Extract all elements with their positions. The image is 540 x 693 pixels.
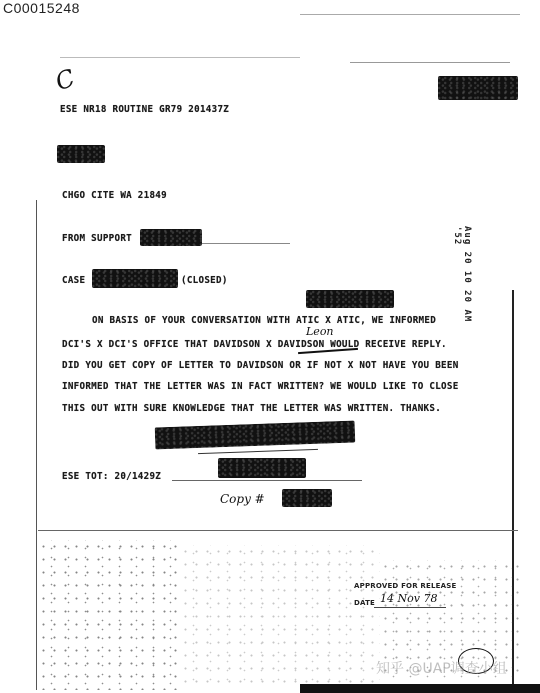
handwritten-initial: C bbox=[52, 64, 79, 97]
approved-date-dotted-line bbox=[374, 607, 446, 608]
footer-underline bbox=[172, 480, 362, 481]
approved-date-label: DATE bbox=[354, 599, 375, 607]
top-rule-3 bbox=[350, 62, 510, 63]
approved-for-release-label: APPROVED FOR RELEASE bbox=[354, 582, 457, 590]
from-underline bbox=[202, 243, 290, 244]
case-status: (CLOSED) bbox=[181, 275, 228, 287]
top-rule-2 bbox=[300, 14, 520, 15]
approved-date-value: 14 Nov 78 bbox=[380, 592, 437, 605]
redaction-from bbox=[140, 229, 202, 246]
redaction-addressee bbox=[57, 145, 105, 163]
handwritten-copy-note: Copy # bbox=[220, 492, 265, 506]
body-line-5: THIS OUT WITH SURE KNOWLEDGE THAT THE LE… bbox=[62, 403, 441, 415]
scan-noise-middle bbox=[180, 545, 380, 685]
address-line: CHGO CITE WA 21849 bbox=[62, 190, 167, 202]
top-rule-1 bbox=[60, 57, 300, 58]
redaction-top-right bbox=[438, 76, 518, 100]
separator-line bbox=[38, 530, 518, 531]
from-line: FROM SUPPORT bbox=[62, 233, 132, 245]
body-line-1: ON BASIS OF YOUR CONVERSATION WITH ATIC … bbox=[92, 315, 436, 327]
redaction-body-bottom bbox=[155, 421, 356, 450]
received-date-stamp: Aug 20 10 20 AM '52 bbox=[452, 226, 472, 326]
footer-line: ESE TOT: 20/1429Z bbox=[62, 471, 161, 483]
redaction-copy-number bbox=[282, 489, 332, 507]
handwritten-annotation: Leon bbox=[306, 325, 334, 338]
body-line-2: DCI'S X DCI'S OFFICE THAT DAVIDSON X DAV… bbox=[62, 339, 447, 351]
bottom-edge-bar bbox=[300, 684, 540, 693]
body-line-3: DID YOU GET COPY OF LETTER TO DAVIDSON O… bbox=[62, 360, 459, 372]
redaction-body-top bbox=[306, 290, 394, 308]
left-border-line bbox=[36, 200, 37, 690]
watermark: 知乎 @UAP调查小组 bbox=[376, 658, 507, 678]
body-line-4: INFORMED THAT THE LETTER WAS IN FACT WRI… bbox=[62, 381, 459, 393]
redaction-footer bbox=[218, 458, 306, 478]
document-id: C00015248 bbox=[3, 0, 80, 16]
message-header: ESE NR18 ROUTINE GR79 201437Z bbox=[60, 104, 229, 116]
scan-noise-left bbox=[38, 540, 178, 690]
redaction-underline bbox=[198, 449, 318, 454]
redaction-case bbox=[92, 269, 178, 288]
case-label: CASE bbox=[62, 275, 85, 287]
